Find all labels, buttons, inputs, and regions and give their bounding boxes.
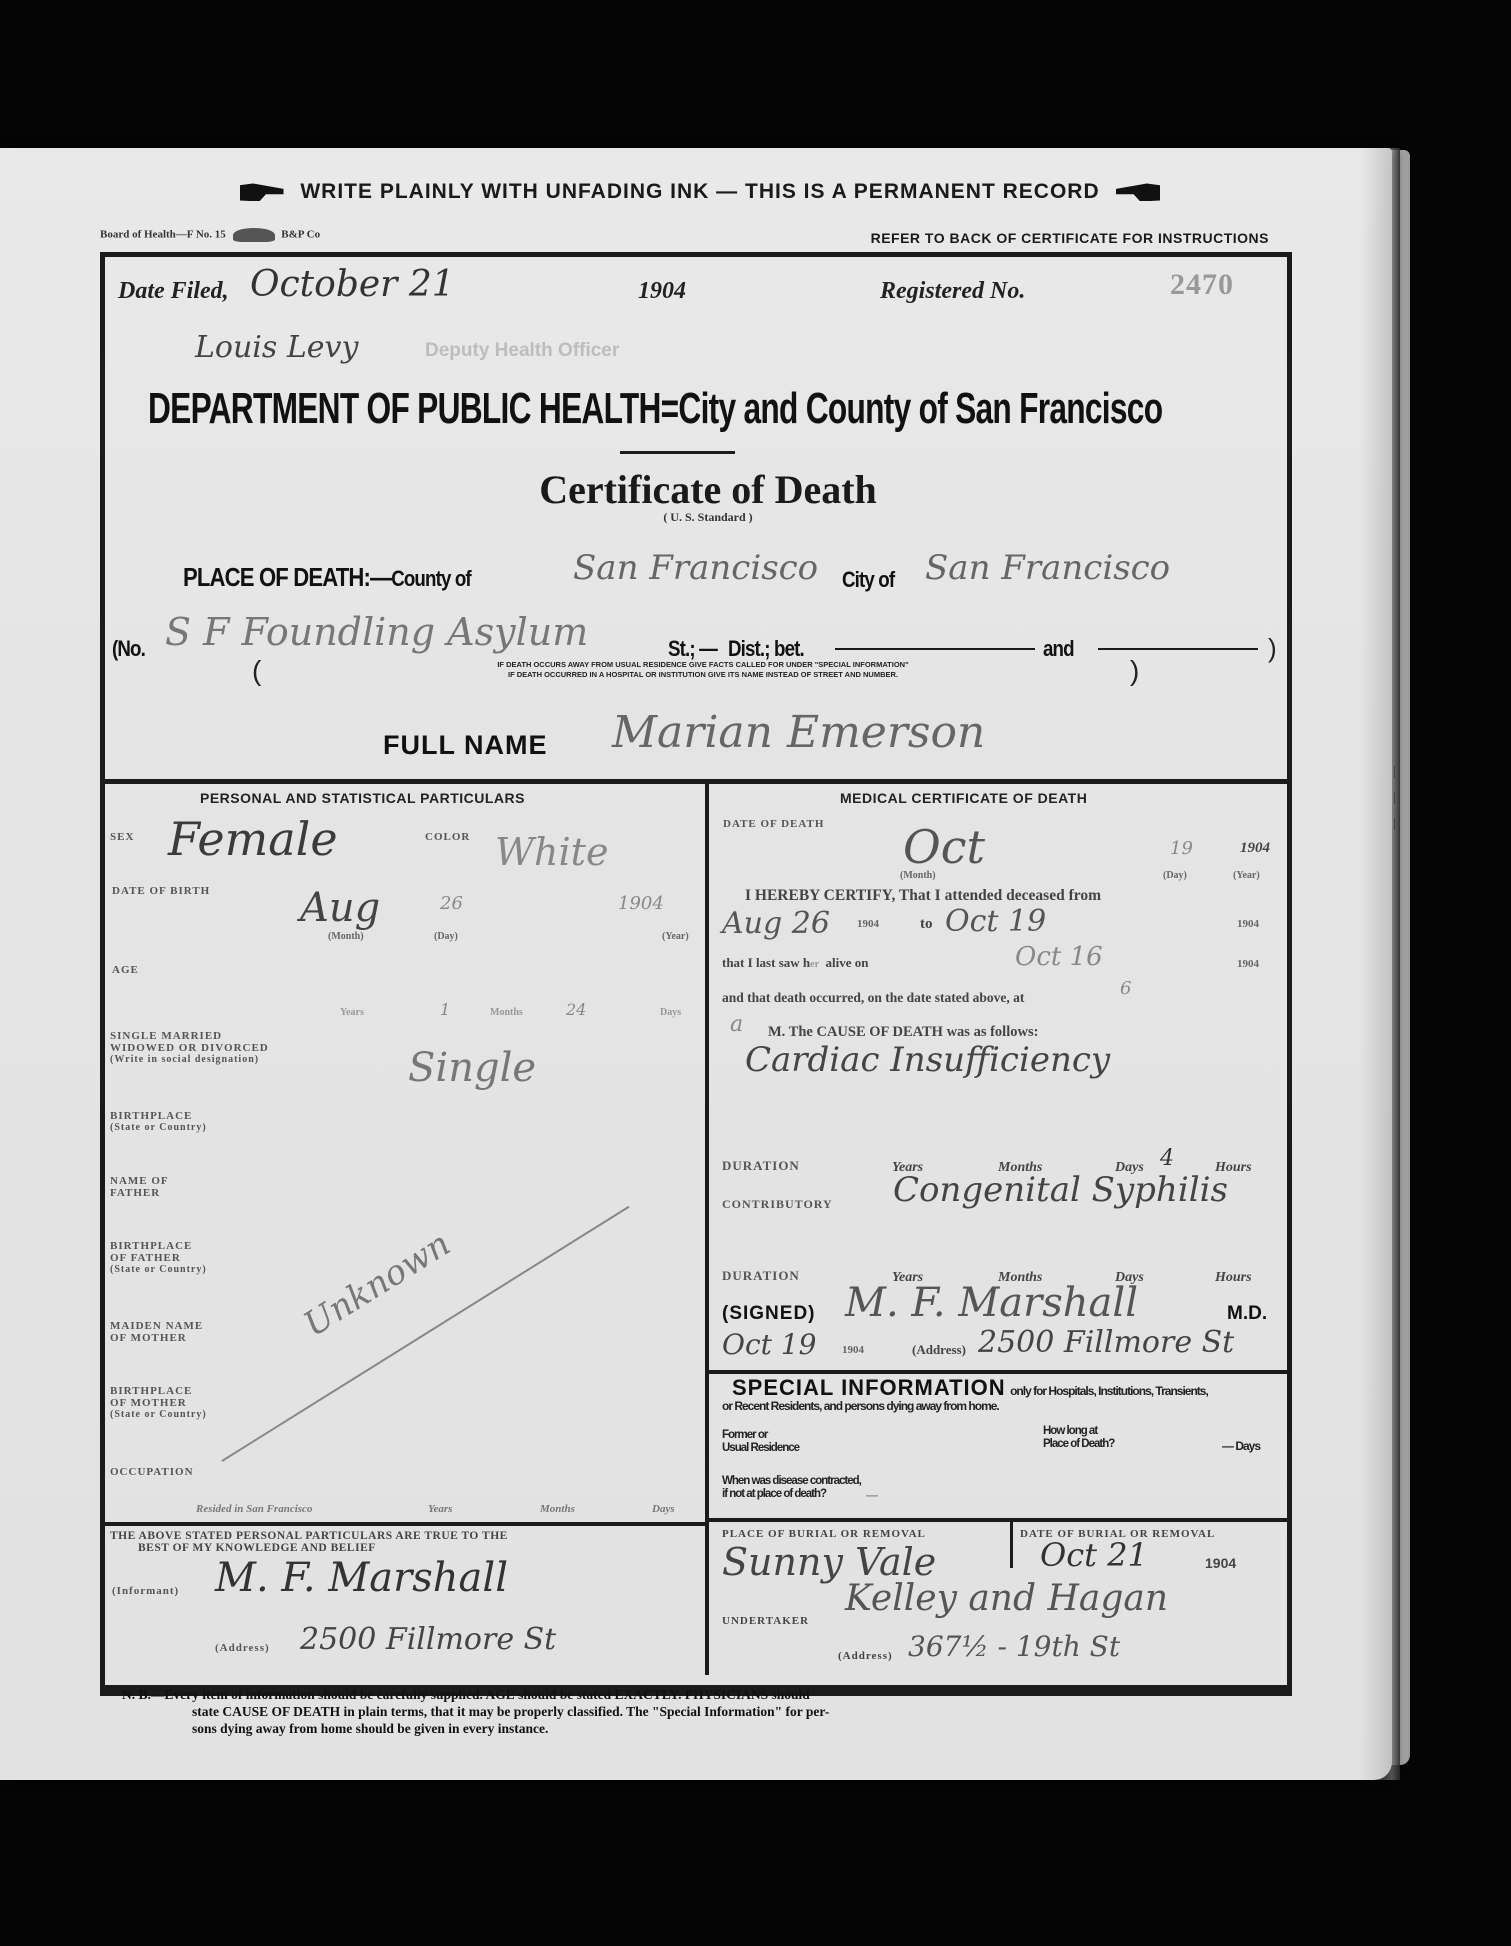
dob-day-sub: (Day) (434, 931, 458, 942)
dod-month-sub: (Month) (900, 870, 936, 881)
pointing-hand-icon (1116, 183, 1160, 201)
how-long-label: How long at Place of Death? (1043, 1425, 1114, 1451)
medical-heading: MEDICAL CERTIFICATE OF DEATH (840, 790, 1087, 806)
date-filed-label: Date Filed, (118, 278, 229, 305)
county-value[interactable]: San Francisco (573, 548, 818, 588)
time-value[interactable]: 6 (1120, 978, 1131, 999)
undertaker-address-value[interactable]: 367½ - 19th St (908, 1630, 1120, 1663)
undertaker-address-label: (Address) (838, 1650, 893, 1662)
resided-label: Resided in San Francisco (196, 1503, 312, 1515)
attended-to-year: 1904 (1237, 918, 1259, 930)
duration-days-value-1[interactable]: 4 (1160, 1146, 1174, 1171)
ampm-value[interactable]: a (730, 1012, 743, 1037)
banner-text: WRITE PLAINLY WITH UNFADING INK — THIS I… (300, 180, 1099, 203)
sex-value[interactable]: Female (168, 812, 338, 866)
md-label: M.D. (1227, 1303, 1267, 1325)
margin-marks: │││ (1392, 760, 1400, 838)
age-days-value[interactable]: 24 (566, 1000, 586, 1019)
signed-label: (SIGNED) (722, 1303, 816, 1325)
city-value[interactable]: San Francisco (925, 548, 1170, 588)
us-standard: ( U. S. Standard ) (608, 510, 808, 525)
registered-label: Registered No. (880, 278, 1025, 305)
mother-maiden-name-label: MAIDEN NAME OF MOTHER (110, 1320, 203, 1344)
certificate-title: Certificate of Death (508, 466, 908, 513)
burial-divider (1010, 1518, 1013, 1568)
full-name-label: FULL NAME (383, 730, 548, 761)
pointing-hand-icon (240, 183, 284, 201)
to-label: to (920, 916, 933, 933)
dod-month[interactable]: Oct (903, 820, 985, 874)
district-blank (835, 648, 1035, 650)
jurisdiction: =City and County of San Francisco (661, 384, 1163, 433)
informant-address-label: (Address) (215, 1642, 270, 1654)
duration-label-1: DURATION (722, 1160, 800, 1172)
attestation-text: THE ABOVE STATED PERSONAL PARTICULARS AR… (110, 1530, 508, 1554)
father-birthplace-label: BIRTHPLACE OF FATHER (State or Country) (110, 1240, 207, 1276)
attended-from[interactable]: Aug 26 (722, 906, 830, 941)
informant-value[interactable]: M. F. Marshall (215, 1555, 508, 1601)
footer-note: N. B.—Every item of information should b… (122, 1686, 1252, 1737)
city-label: City of (842, 567, 894, 593)
paper-edge-shadow (1360, 148, 1400, 1780)
institution-value[interactable]: S F Foundling Asylum (165, 610, 588, 654)
column-divider (705, 783, 709, 1675)
title-divider (620, 451, 735, 454)
age-label: AGE (112, 964, 139, 976)
union-label-icon (233, 228, 275, 242)
dob-month-sub: (Month) (328, 931, 364, 942)
last-saw-date[interactable]: Oct 16 (1015, 942, 1103, 972)
instructions-open-paren: ( (252, 655, 261, 687)
department-title: DEPARTMENT OF PUBLIC HEALTH=City and Cou… (148, 384, 1268, 434)
birthplace-label: BIRTHPLACE (State or Country) (110, 1110, 207, 1134)
age-years-sub: Years (340, 1007, 364, 1018)
resided-months: Months (540, 1503, 575, 1515)
contracted-value[interactable]: — (866, 1488, 877, 1502)
dod-day[interactable]: 19 (1170, 838, 1193, 859)
year-value: 1904 (638, 278, 686, 305)
physician-address-label: (Address) (912, 1342, 966, 1358)
resided-days: Days (652, 1503, 675, 1515)
section-divider (105, 779, 1287, 784)
special-info-rule (709, 1370, 1287, 1374)
deputy-title-stamp: Deputy Health Officer (425, 340, 619, 362)
last-saw-year: 1904 (1237, 958, 1259, 970)
contributory-label: CONTRIBUTORY (722, 1198, 833, 1210)
undertaker-value[interactable]: Kelley and Hagan (845, 1578, 1168, 1619)
close-paren: ) (1268, 633, 1277, 664)
mother-birthplace-label: BIRTHPLACE OF MOTHER (State or Country) (110, 1385, 207, 1421)
and-blank (1098, 648, 1258, 650)
personal-heading: PERSONAL AND STATISTICAL PARTICULARS (200, 790, 525, 806)
cause-text: M. The CAUSE OF DEATH was as follows: (768, 1024, 1038, 1041)
special-note: only for Hospitals, Institutions, Transi… (1010, 1384, 1208, 1398)
cause-value[interactable]: Cardiac Insufficiency (745, 1040, 1110, 1080)
resided-years: Years (428, 1503, 452, 1515)
contracted-label: When was disease contracted, if not at p… (722, 1475, 861, 1501)
attended-to[interactable]: Oct 19 (945, 904, 1046, 939)
occupation-label: OCCUPATION (110, 1466, 194, 1478)
dod-label: DATE OF DEATH (723, 818, 824, 830)
department-name: DEPARTMENT OF PUBLIC HEALTH (148, 384, 661, 433)
marital-status-label: SINGLE MARRIED WIDOWED OR DIVORCED (Writ… (110, 1030, 269, 1066)
street-label: St.; — (668, 636, 717, 662)
and-label: and (1043, 636, 1074, 662)
burial-place-label: PLACE OF BURIAL OR REMOVAL (722, 1528, 926, 1540)
burial-date-year[interactable]: 1904 (1205, 1555, 1236, 1571)
duration-label-2: DURATION (722, 1270, 800, 1282)
physician-address-value[interactable]: 2500 Fillmore St (978, 1325, 1234, 1360)
special-heading-row: SPECIAL INFORMATION only for Hospitals, … (732, 1375, 1208, 1401)
instructions-close-paren: ) (1130, 655, 1139, 687)
full-name-value[interactable]: Marian Emerson (612, 707, 985, 758)
marital-status-value[interactable]: Single (408, 1045, 536, 1091)
special-note-2: or Recent Residents, and persons dying a… (722, 1399, 999, 1413)
color-value[interactable]: White (495, 830, 608, 874)
date-filed-value[interactable]: October 21 (250, 264, 455, 305)
attestation-rule (105, 1522, 705, 1526)
informant-address-value[interactable]: 2500 Fillmore St (300, 1622, 556, 1657)
attended-from-year: 1904 (857, 918, 879, 930)
dod-year[interactable]: 1904 (1240, 840, 1270, 857)
no-label: (No. (112, 636, 145, 662)
registered-number[interactable]: 2470 (1170, 268, 1234, 302)
former-residence-label: Former or Usual Residence (722, 1429, 799, 1455)
dob-day[interactable]: 26 (440, 893, 463, 914)
occurred-text: and that death occurred, on the date sta… (722, 990, 1024, 1006)
contributory-value[interactable]: Congenital Syphilis (893, 1170, 1228, 1210)
place-of-death-row: PLACE OF DEATH:—County of (183, 562, 522, 593)
burial-rule (709, 1518, 1287, 1522)
undertaker-label: UNDERTAKER (722, 1615, 809, 1627)
color-label: COLOR (425, 831, 470, 843)
district-label: Dist.; bet. (728, 636, 804, 662)
sex-label: SEX (110, 831, 134, 843)
refer-instructions: REFER TO BACK OF CERTIFICATE FOR INSTRUC… (871, 230, 1269, 246)
dob-year-sub: (Year) (662, 931, 689, 942)
place-instructions: IF DEATH OCCURS AWAY FROM USUAL RESIDENC… (253, 660, 1153, 680)
dod-day-sub: (Day) (1163, 870, 1187, 881)
age-days-sub: Days (660, 1007, 681, 1018)
duration-hours-2: Hours (1215, 1270, 1252, 1286)
board-of-health-form-no: Board of Health—F No. 15 B&P Co (100, 228, 320, 242)
certify-text: I HEREBY CERTIFY, That I attended deceas… (745, 887, 1101, 905)
dob-label: DATE OF BIRTH (112, 885, 210, 897)
deputy-signature: Louis Levy (195, 330, 358, 365)
signed-year: 1904 (842, 1344, 864, 1356)
signed-date[interactable]: Oct 19 (722, 1328, 816, 1361)
age-months-value[interactable]: 1 (440, 1000, 450, 1019)
physician-signature[interactable]: M. F. Marshall (845, 1280, 1138, 1326)
last-saw-label: that I last saw her alive on (722, 955, 869, 971)
informant-label: (Informant) (112, 1585, 179, 1597)
dod-year-sub: (Year) (1233, 870, 1260, 881)
banner: WRITE PLAINLY WITH UNFADING INK — THIS I… (160, 180, 1240, 204)
how-long-value[interactable]: — Days (1222, 1439, 1260, 1453)
age-months-sub: Months (490, 1007, 523, 1018)
dob-month[interactable]: Aug (300, 885, 380, 931)
burial-date-value[interactable]: Oct 21 (1040, 1536, 1148, 1574)
special-heading: SPECIAL INFORMATION (732, 1375, 1006, 1400)
father-name-label: NAME OF FATHER (110, 1175, 169, 1199)
dob-year[interactable]: 1904 (618, 893, 664, 914)
